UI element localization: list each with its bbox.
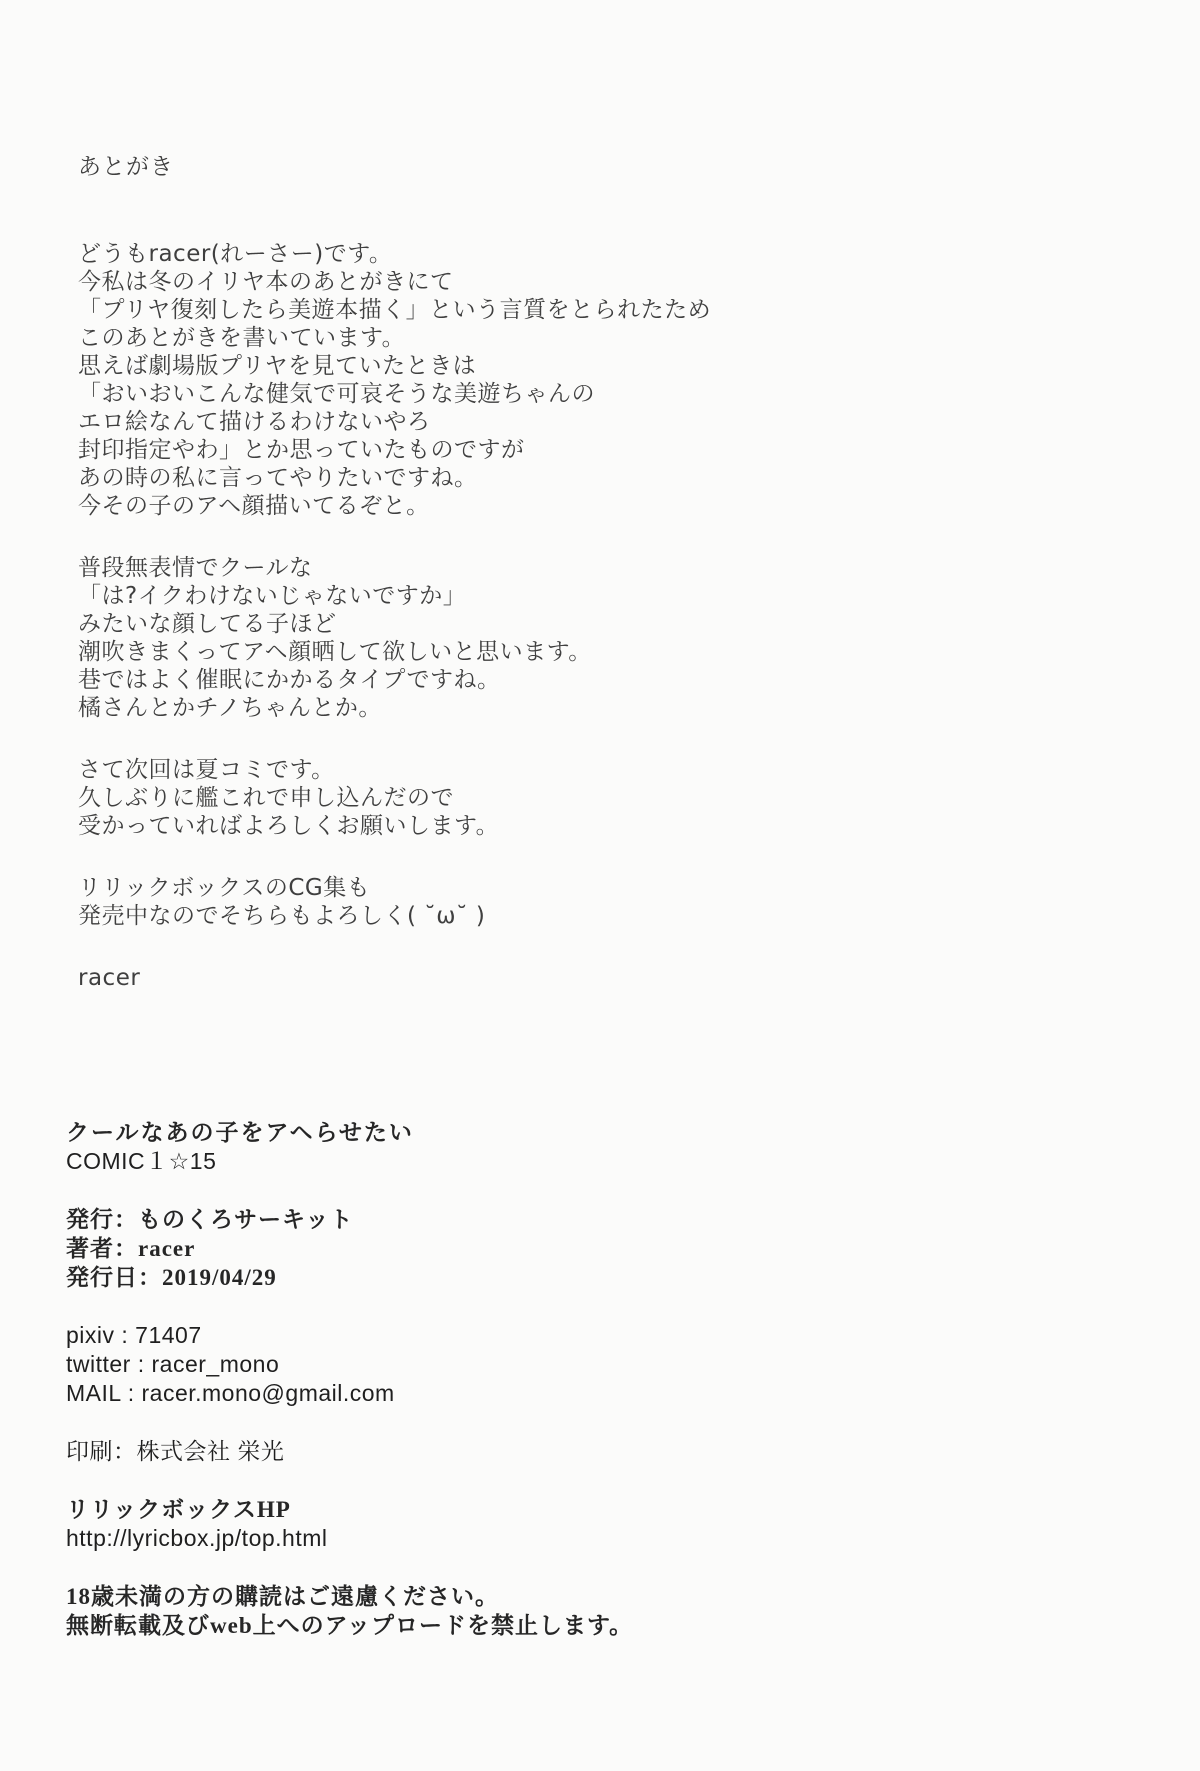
colophon: クールなあの子をアヘらせたい COMIC１☆15 発行：ものくろサーキット 著者… <box>66 1118 633 1669</box>
text-line: 今私は冬のイリヤ本のあとがきにて <box>78 268 711 296</box>
text-line: 封印指定やわ」とか思っていたものですが <box>78 436 711 464</box>
afterword-body: どうもracer(れーさー)です。今私は冬のイリヤ本のあとがきにて「プリヤ復刻し… <box>78 240 711 1026</box>
text-line: あの時の私に言ってやりたいですね。 <box>78 464 711 492</box>
text-line: 「は?イクわけないじゃないですか」 <box>78 582 711 610</box>
homepage-url: http://lyricbox.jp/top.html <box>66 1524 633 1553</box>
printer-line: 印刷：株式会社 栄光 <box>66 1437 633 1466</box>
text-line: さて次回は夏コミです。 <box>78 756 711 784</box>
text-line: 久しぶりに艦これで申し込んだので <box>78 784 711 812</box>
text-line: 「プリヤ復刻したら美遊本描く」という言質をとられたため <box>78 296 711 324</box>
afterword-paragraph: どうもracer(れーさー)です。今私は冬のイリヤ本のあとがきにて「プリヤ復刻し… <box>78 240 711 520</box>
afterword-heading: あとがき <box>78 148 174 181</box>
homepage-label: リリックボックスHP <box>66 1495 633 1524</box>
text-line: このあとがきを書いています。 <box>78 324 711 352</box>
afterword-paragraph: リリックボックスのCG集も発売中なのでそちらもよろしく( ˘ω˘ ) <box>78 874 711 930</box>
text-line: エロ絵なんて描けるわけないやろ <box>78 408 711 436</box>
text-line: 普段無表情でクールな <box>78 554 711 582</box>
twitter-line: twitter : racer_mono <box>66 1350 633 1379</box>
pixiv-line: pixiv : 71407 <box>66 1321 633 1350</box>
book-title: クールなあの子をアヘらせたい <box>66 1118 633 1147</box>
publisher-line: 発行：ものくろサーキット <box>66 1205 633 1234</box>
scanned-afterword-page: あとがき どうもracer(れーさー)です。今私は冬のイリヤ本のあとがきにて「プ… <box>0 0 1200 1771</box>
text-line: みたいな顔してる子ほど <box>78 610 711 638</box>
text-line: リリックボックスのCG集も <box>78 874 711 902</box>
colophon-publisher-group: 発行：ものくろサーキット 著者：racer 発行日：2019/04/29 <box>66 1205 633 1292</box>
reupload-notice: 無断転載及びweb上へのアップロードを禁止します。 <box>66 1611 633 1640</box>
text-line: 思えば劇場版プリヤを見ていたときは <box>78 352 711 380</box>
text-line: 発売中なのでそちらもよろしく( ˘ω˘ ) <box>78 902 711 930</box>
text-line: 橘さんとかチノちゃんとか。 <box>78 694 711 722</box>
age-notice: 18歳未満の方の購読はご遠慮ください。 <box>66 1582 633 1611</box>
text-line: 巷ではよく催眠にかかるタイプですね。 <box>78 666 711 694</box>
colophon-printer-group: 印刷：株式会社 栄光 <box>66 1437 633 1466</box>
text-line: 受かっていればよろしくお願いします。 <box>78 812 711 840</box>
afterword-paragraph: さて次回は夏コミです。久しぶりに艦これで申し込んだので受かっていればよろしくお願… <box>78 756 711 840</box>
colophon-homepage-group: リリックボックスHP http://lyricbox.jp/top.html <box>66 1495 633 1553</box>
text-line: 潮吹きまくってアヘ顔晒して欲しいと思います。 <box>78 638 711 666</box>
afterword-paragraph: racer <box>78 964 711 992</box>
colophon-title-group: クールなあの子をアヘらせたい COMIC１☆15 <box>66 1118 633 1176</box>
colophon-notice-group: 18歳未満の方の購読はご遠慮ください。 無断転載及びweb上へのアップロードを禁… <box>66 1582 633 1640</box>
event-name: COMIC１☆15 <box>66 1147 633 1176</box>
date-line: 発行日：2019/04/29 <box>66 1263 633 1292</box>
author-line: 著者：racer <box>66 1234 633 1263</box>
mail-line: MAIL : racer.mono@gmail.com <box>66 1379 633 1408</box>
text-line: racer <box>78 964 711 992</box>
text-line: 今その子のアヘ顔描いてるぞと。 <box>78 492 711 520</box>
afterword-paragraph: 普段無表情でクールな「は?イクわけないじゃないですか」みたいな顔してる子ほど潮吹… <box>78 554 711 722</box>
text-line: どうもracer(れーさー)です。 <box>78 240 711 268</box>
colophon-contact-group: pixiv : 71407 twitter : racer_mono MAIL … <box>66 1321 633 1408</box>
text-line: 「おいおいこんな健気で可哀そうな美遊ちゃんの <box>78 380 711 408</box>
